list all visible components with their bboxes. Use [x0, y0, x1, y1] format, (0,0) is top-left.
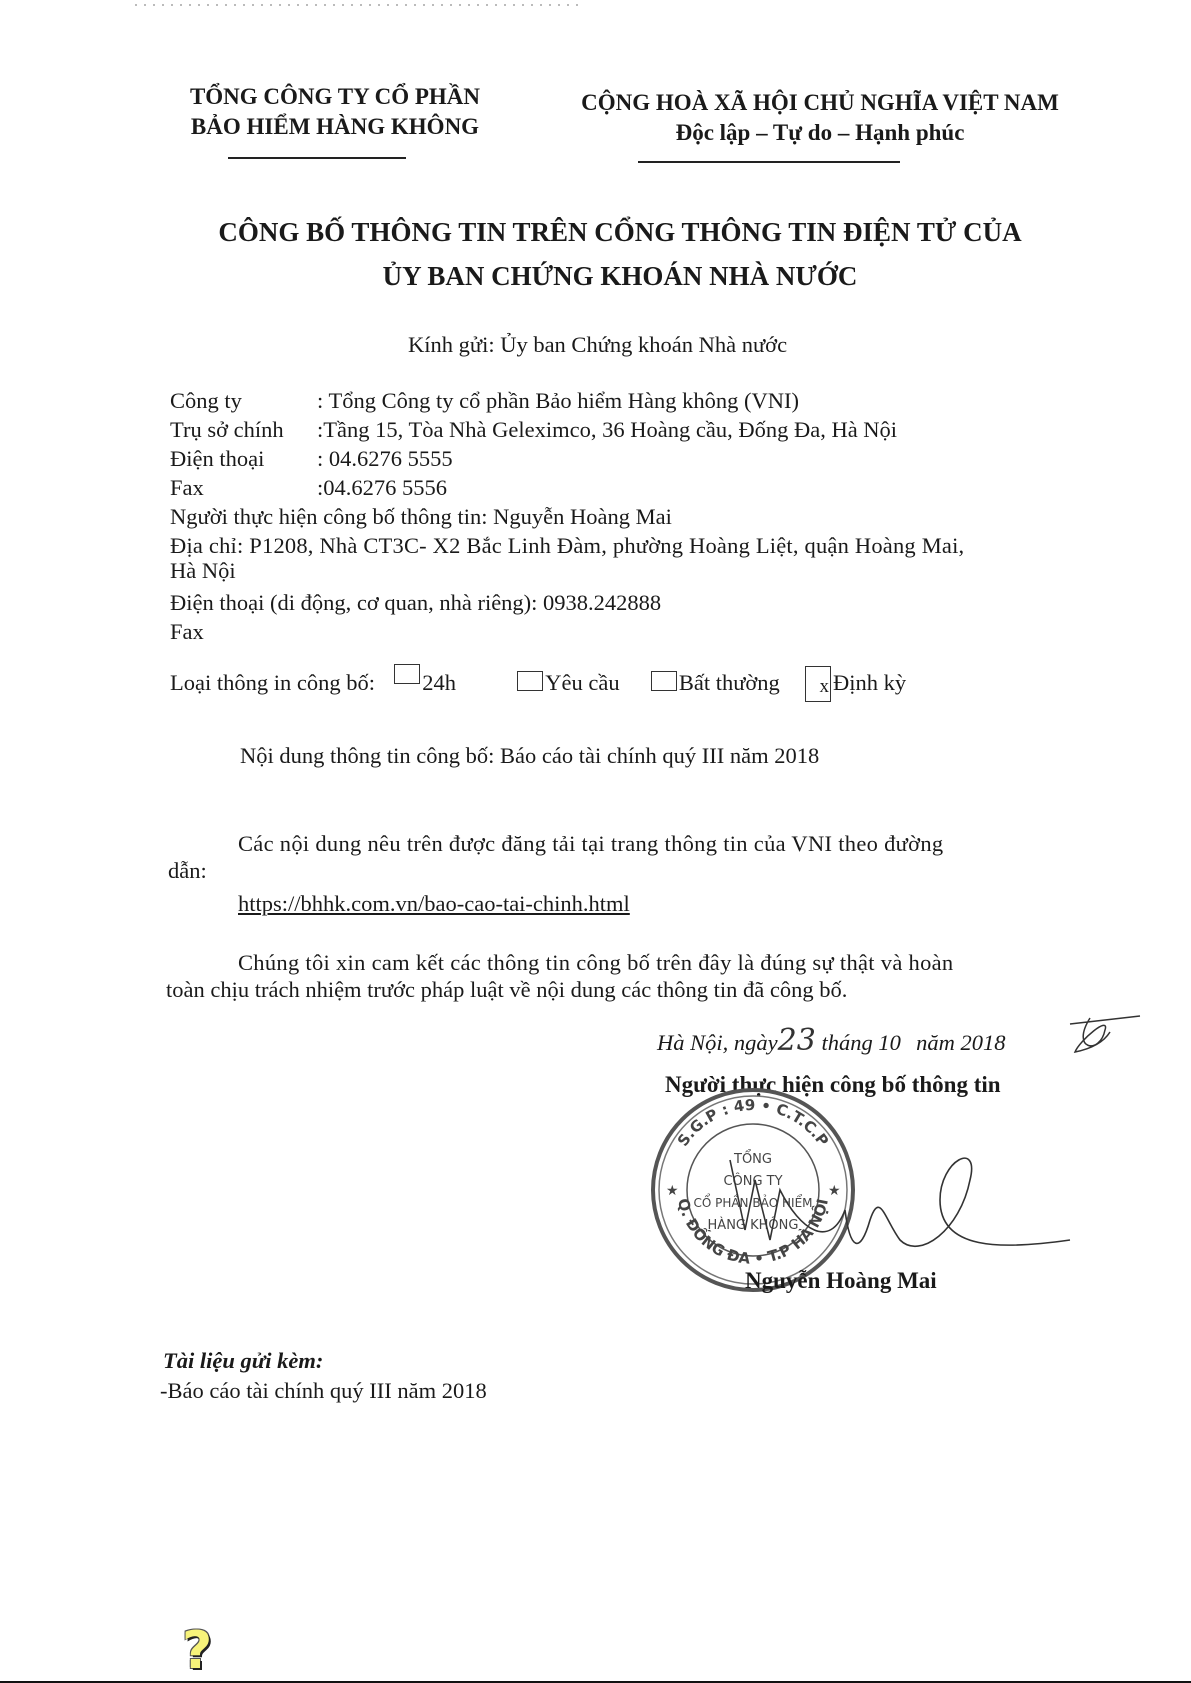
title-line-2: ỦY BAN CHỨNG KHOÁN NHÀ NƯỚC: [160, 254, 1080, 298]
checkbox-periodic[interactable]: x: [805, 666, 831, 702]
disclosure-type-row: Loại thông in công bố: 24h Yêu cầu Bất t…: [170, 664, 906, 702]
option-24h-label: 24h: [422, 670, 456, 695]
date-line: Hà Nội, ngày23 tháng 10 năm 2018: [657, 1026, 1005, 1057]
option-periodic-label: Định kỳ: [833, 670, 906, 695]
discloser-name: Người thực hiện công bố thông tin: Nguyễ…: [170, 502, 964, 531]
discloser-phone: Điện thoại (di động, cơ quan, nhà riêng)…: [170, 588, 964, 617]
checkbox-periodic-mark: x: [820, 677, 830, 696]
issuer-line-1: TỔNG CÔNG TY CỔ PHẦN: [160, 82, 510, 112]
issuer-header: TỔNG CÔNG TY CỔ PHẦN BẢO HIỂM HÀNG KHÔNG: [160, 82, 510, 142]
disclosure-content: Nội dung thông tin công bố: Báo cáo tài …: [240, 741, 819, 770]
checkbox-request[interactable]: [517, 671, 543, 691]
title-line-1: CÔNG BỐ THÔNG TIN TRÊN CỔNG THÔNG TIN ĐI…: [160, 210, 1080, 254]
checkbox-irregular[interactable]: [651, 671, 677, 691]
handwritten-signature-icon: [700, 1120, 1080, 1270]
company-row: Công ty: Tổng Công ty cổ phần Bảo hiểm H…: [170, 386, 964, 415]
national-header: CỘNG HOÀ XÃ HỘI CHỦ NGHĨA VIỆT NAM Độc l…: [540, 88, 1100, 148]
national-motto-2: Độc lập – Tự do – Hạnh phúc: [540, 118, 1100, 148]
attachments-heading: Tài liệu gửi kèm:: [163, 1346, 323, 1375]
disclosure-type-label: Loại thông in công bố:: [170, 670, 375, 695]
option-request-label: Yêu cầu: [545, 670, 619, 695]
svg-text:★: ★: [666, 1184, 679, 1199]
commitment-line-1: Chúng tôi xin cam kết các thông tin công…: [238, 948, 953, 977]
date-prefix: Hà Nội, ngày: [657, 1030, 778, 1055]
discloser-fax: Fax: [170, 617, 964, 646]
discloser-address-1: Địa chỉ: P1208, Nhà CT3C- X2 Bắc Linh Đà…: [170, 531, 964, 560]
initial-mark-icon: [1060, 1010, 1150, 1060]
help-question-icon[interactable]: ?: [182, 1625, 212, 1677]
scan-artifact: [135, 4, 585, 6]
date-month: tháng 10: [821, 1030, 900, 1055]
phone-row: Điện thoại: 04.6276 5555: [170, 444, 964, 473]
discloser-address-2: Hà Nội: [170, 560, 964, 582]
financial-report-link[interactable]: https://bhhk.com.vn/bao-cao-tai-chinh.ht…: [238, 889, 630, 918]
date-day: 23: [778, 1023, 816, 1058]
publish-line-2: dẫn:: [168, 856, 207, 885]
date-year: năm 2018: [916, 1030, 1005, 1055]
checkbox-24h[interactable]: [394, 664, 420, 684]
recipient-line: Kính gửi: Ủy ban Chứng khoán Nhà nước: [408, 330, 787, 359]
attachment-item: -Báo cáo tài chính quý III năm 2018: [160, 1376, 487, 1405]
option-irregular-label: Bất thường: [679, 670, 780, 695]
publish-line-1: Các nội dung nêu trên được đăng tải tại …: [238, 829, 943, 858]
commitment-line-2: toàn chịu trách nhiệm trước pháp luật về…: [166, 975, 847, 1004]
company-info: Công ty: Tổng Công ty cổ phần Bảo hiểm H…: [170, 386, 964, 646]
national-underline: [638, 161, 900, 163]
headquarters-row: Trụ sở chính:Tầng 15, Tòa Nhà Geleximco,…: [170, 415, 964, 444]
issuer-underline: [228, 157, 406, 159]
document-title: CÔNG BỐ THÔNG TIN TRÊN CỔNG THÔNG TIN ĐI…: [160, 210, 1080, 298]
issuer-line-2: BẢO HIỂM HÀNG KHÔNG: [160, 112, 510, 142]
national-motto-1: CỘNG HOÀ XÃ HỘI CHỦ NGHĨA VIỆT NAM: [540, 88, 1100, 118]
signer-name: Nguyễn Hoàng Mai: [745, 1266, 937, 1295]
fax-row: Fax:04.6276 5556: [170, 473, 964, 502]
